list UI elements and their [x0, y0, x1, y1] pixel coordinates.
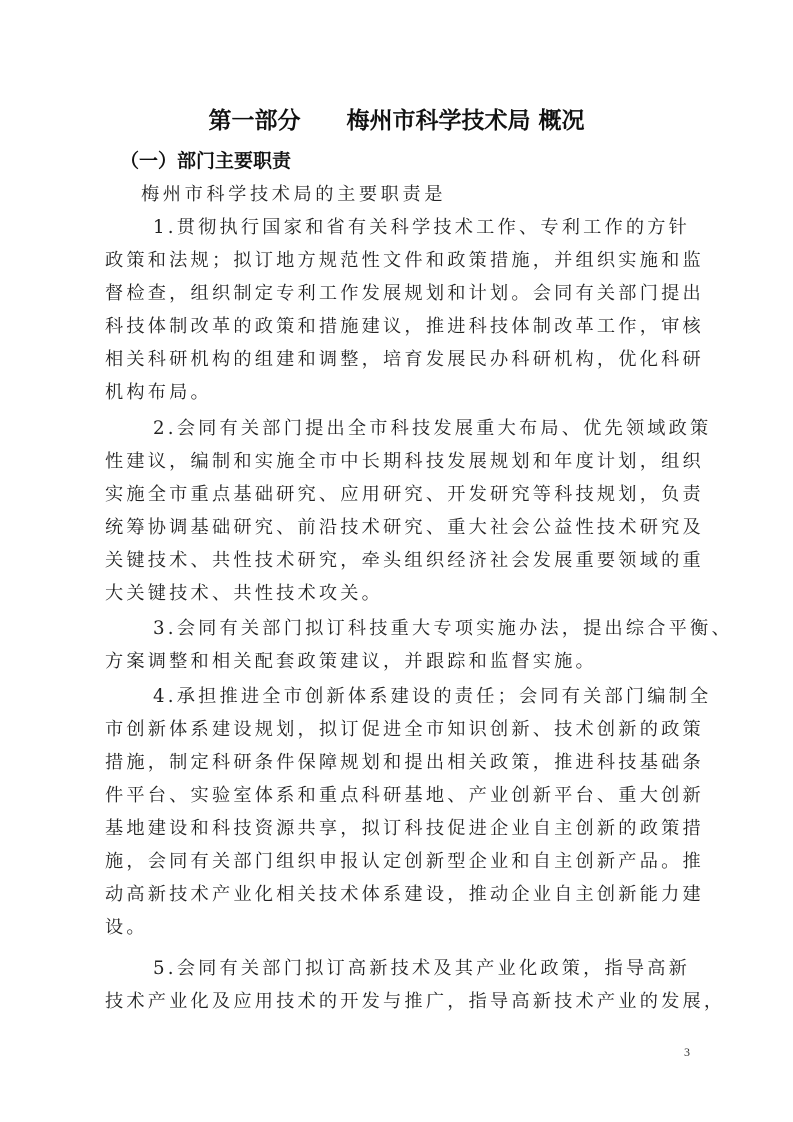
- page-number: 3: [684, 1045, 690, 1060]
- paragraph-line: 件平台、实验室体系和重点科研基地、产业创新平台、重大创新: [105, 779, 695, 812]
- paragraph-line: 政策和法规；拟订地方规范性文件和政策措施，并组织实施和监: [105, 244, 695, 277]
- paragraph-line: 方案调整和相关配套政策建议，并跟踪和监督实施。: [105, 645, 695, 678]
- paragraph-line: 施，会同有关部门组织申报认定创新型企业和自主创新产品。推: [105, 845, 695, 878]
- intro-text: 梅州市科学技术局的主要职责是: [105, 178, 695, 211]
- page-title: 第一部分梅州市科学技术局 概况: [0, 102, 793, 135]
- title-part: 第一部分: [208, 108, 300, 134]
- duty-paragraph-3: 3.会同有关部门拟订科技重大专项实施办法，提出综合平衡、 方案调整和相关配套政策…: [105, 612, 695, 678]
- paragraph-line: 统筹协调基础研究、前沿技术研究、重大社会公益性技术研究及: [105, 511, 695, 544]
- paragraph-line: 关键技术、共性技术研究，牵头组织经济社会发展重要领域的重: [105, 544, 695, 577]
- paragraph-line: 2.会同有关部门提出全市科技发展重大布局、优先领域政策: [105, 412, 695, 445]
- paragraph-line: 督检查，组织制定专利工作发展规划和计划。会同有关部门提出: [105, 277, 695, 310]
- paragraph-line: 措施，制定科研条件保障规划和提出相关政策，推进科技基础条: [105, 746, 695, 779]
- paragraph-line: 1.贯彻执行国家和省有关科学技术工作、专利工作的方针: [105, 211, 695, 244]
- duty-paragraph-2: 2.会同有关部门提出全市科技发展重大布局、优先领域政策 性建议，编制和实施全市中…: [105, 412, 695, 610]
- paragraph-line: 科技体制改革的政策和措施建议，推进科技体制改革工作，审核: [105, 310, 695, 343]
- document-body: 梅州市科学技术局的主要职责是 1.贯彻执行国家和省有关科学技术工作、专利工作的方…: [105, 178, 695, 1018]
- title-name: 梅州市科学技术局 概况: [346, 108, 584, 134]
- duty-paragraph-5: 5.会同有关部门拟订高新技术及其产业化政策，指导高新 技术产业化及应用技术的开发…: [105, 952, 695, 1018]
- paragraph-line: 技术产业化及应用技术的开发与推广，指导高新技术产业的发展，: [105, 985, 695, 1018]
- paragraph-line: 基地建设和科技资源共享，拟订科技促进企业自主创新的政策措: [105, 812, 695, 845]
- paragraph-line: 5.会同有关部门拟订高新技术及其产业化政策，指导高新: [105, 952, 695, 985]
- paragraph-line: 性建议，编制和实施全市中长期科技发展规划和年度计划，组织: [105, 445, 695, 478]
- section-heading: （一）部门主要职责: [120, 146, 291, 173]
- paragraph-line: 3.会同有关部门拟订科技重大专项实施办法，提出综合平衡、: [105, 612, 695, 645]
- paragraph-line: 设。: [105, 911, 695, 944]
- paragraph-line: 实施全市重点基础研究、应用研究、开发研究等科技规划，负责: [105, 478, 695, 511]
- paragraph-line: 大关键技术、共性技术攻关。: [105, 577, 695, 610]
- paragraph-line: 动高新技术产业化相关技术体系建设，推动企业自主创新能力建: [105, 878, 695, 911]
- duty-paragraph-1: 1.贯彻执行国家和省有关科学技术工作、专利工作的方针 政策和法规；拟订地方规范性…: [105, 211, 695, 409]
- paragraph-line: 机构布局。: [105, 376, 695, 409]
- paragraph-line: 相关科研机构的组建和调整，培育发展民办科研机构，优化科研: [105, 343, 695, 376]
- paragraph-line: 4.承担推进全市创新体系建设的责任；会同有关部门编制全: [105, 680, 695, 713]
- paragraph-line: 市创新体系建设规划，拟订促进全市知识创新、技术创新的政策: [105, 713, 695, 746]
- document-page: 第一部分梅州市科学技术局 概况 （一）部门主要职责 梅州市科学技术局的主要职责是…: [0, 0, 793, 1122]
- duty-paragraph-4: 4.承担推进全市创新体系建设的责任；会同有关部门编制全 市创新体系建设规划，拟订…: [105, 680, 695, 944]
